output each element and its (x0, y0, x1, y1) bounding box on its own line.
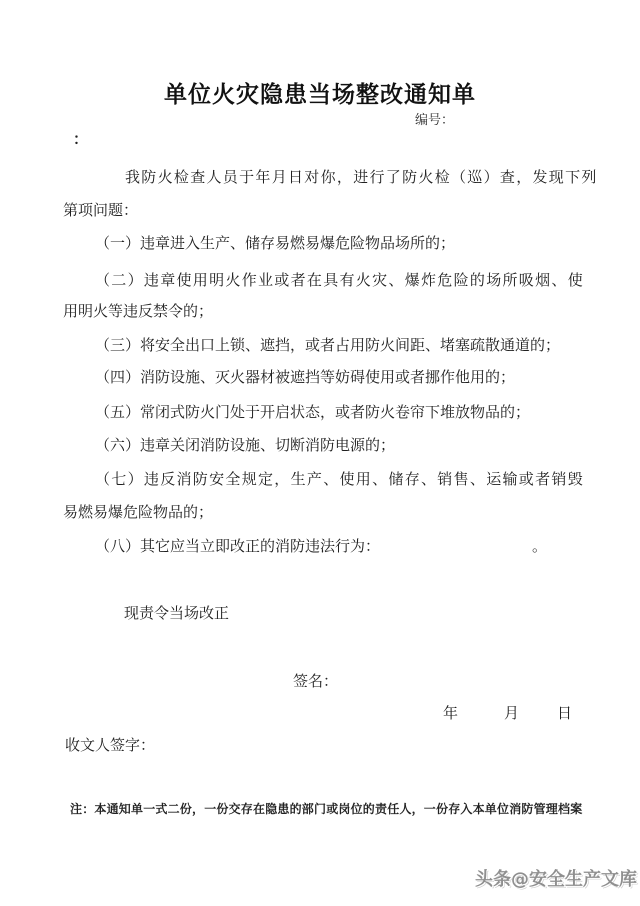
notice-document-page: 单位火灾隐患当场整改通知单 编号： ： 我防火检查人员于年月日对你，进行了防火检… (0, 0, 640, 906)
document-title: 单位火灾隐患当场整改通知单 (0, 76, 640, 109)
clause-4: （四）消防设施、灭火器材被遮挡等妨碍使用或者挪作他用的； (95, 369, 515, 387)
intro-line-2: 第项问题： (63, 202, 138, 220)
date-day-label: 日 (557, 706, 572, 722)
date-line: 年月日 (443, 705, 572, 723)
clause-2-line-2: 用明火等违反禁令的； (63, 303, 213, 321)
clause-8: （八）其它应当立即改正的消防违法行为： 。 (95, 538, 578, 556)
clause-8-text: （八）其它应当立即改正的消防违法行为： (95, 539, 380, 555)
footnote: 注：本通知单一式二份，一份交存在隐患的部门或岗位的责任人，一份存入本单位消防管理… (70, 800, 582, 818)
serial-number-label: 编号： (415, 112, 454, 130)
recipient-signature-label: 收文人签字： (65, 737, 155, 755)
date-month-label: 月 (504, 706, 519, 722)
signature-label: 签名： (293, 673, 338, 691)
clause-6: （六）违章关闭消防设施、切断消防电源的； (95, 437, 395, 455)
clause-8-trailing-period: 。 (532, 538, 547, 556)
clause-2-line-1: （二）违章使用明火作业或者在具有火灾、爆炸危险的场所吸烟、使 (95, 272, 584, 290)
watermark: 头条@安全生产文库 (475, 871, 637, 889)
clause-7-line-2: 易燃易爆危险物品的； (63, 504, 213, 522)
order-statement: 现责令当场改正 (124, 605, 229, 623)
date-year-label: 年 (443, 706, 458, 722)
clause-3: （三）将安全出口上锁、遮挡，或者占用防火间距、堵塞疏散通道的； (95, 337, 560, 355)
intro-line-1: 我防火检查人员于年月日对你，进行了防火检（巡）查，发现下列 (125, 169, 598, 187)
addressee-blank-colon: ： (73, 131, 88, 149)
clause-5: （五）常闭式防火门处于开启状态，或者防火卷帘下堆放物品的； (95, 404, 530, 422)
clause-7-line-1: （七）违反消防安全规定，生产、使用、储存、销售、运输或者销毁 (95, 471, 584, 489)
clause-1: （一）违章进入生产、储存易燃易爆危险物品场所的； (95, 235, 455, 253)
